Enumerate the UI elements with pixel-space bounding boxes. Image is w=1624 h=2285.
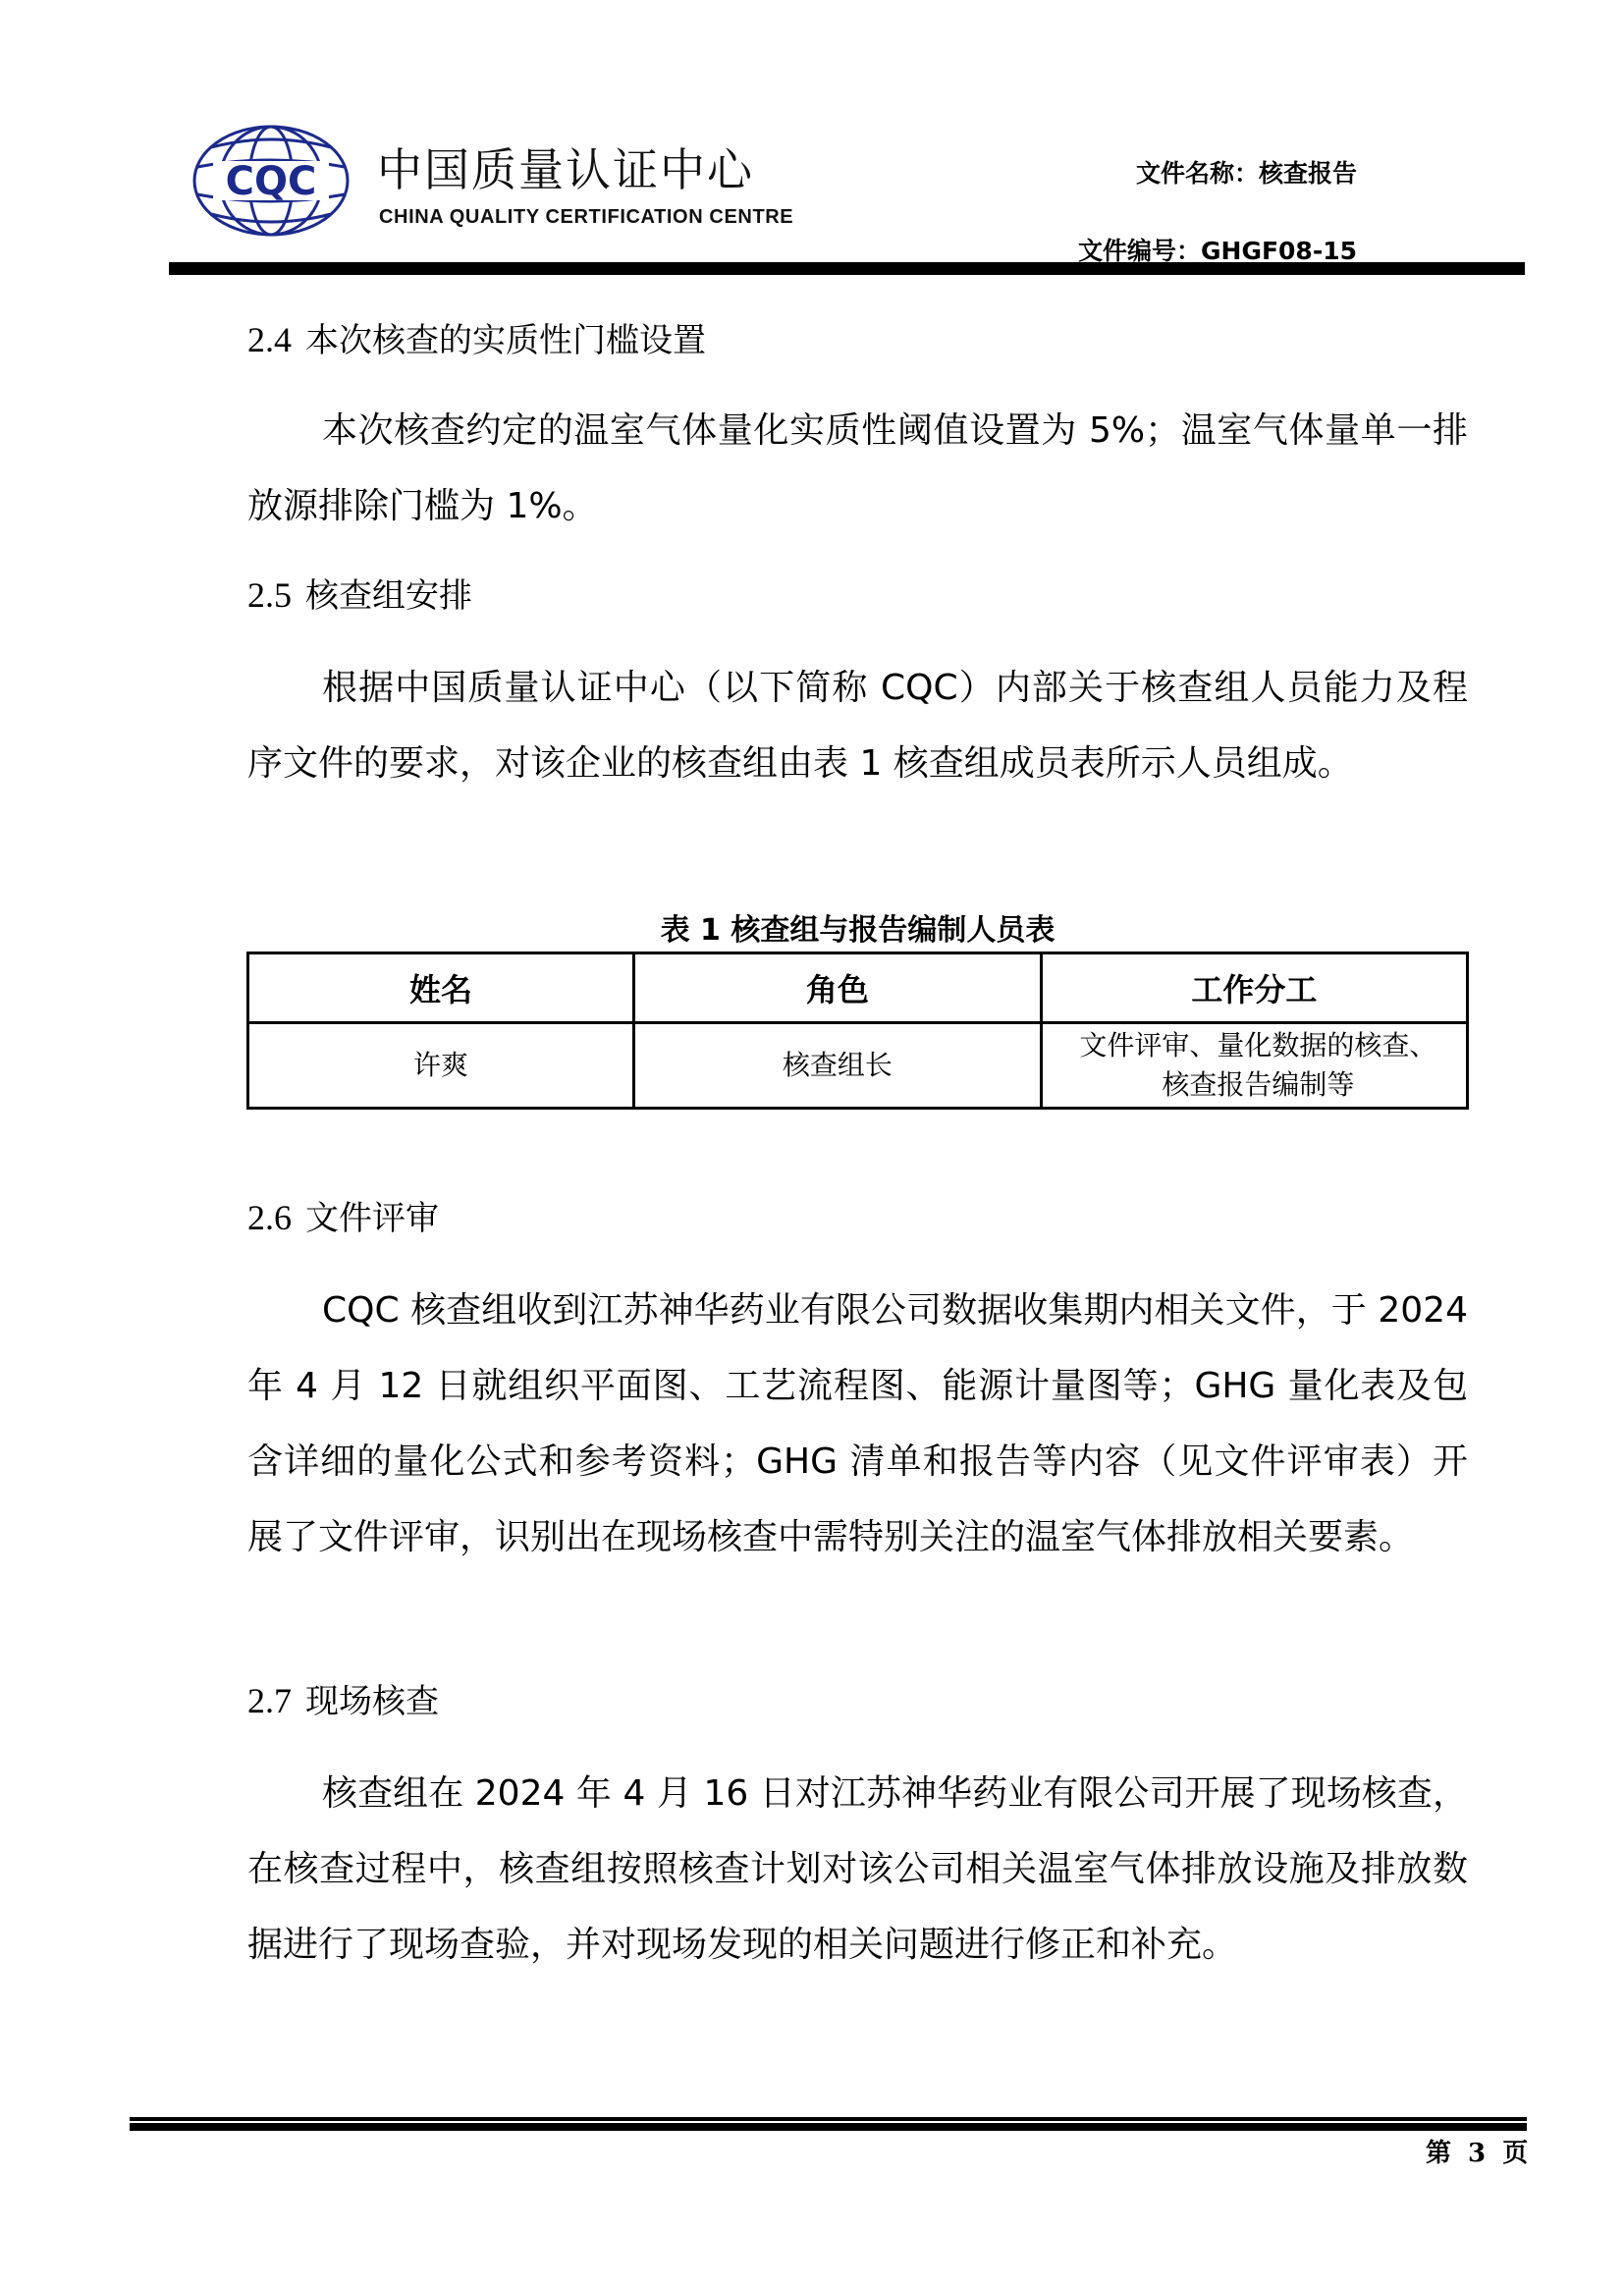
staff-table: 姓名 角色 工作分工 许爽 核查组长 文件评审、量化数据的核查、核查报告编制等 <box>246 952 1469 1110</box>
table-cell: 核查组长 <box>633 1023 1041 1109</box>
section-title: 现场核查 <box>305 1682 439 1721</box>
table-cell: 文件评审、量化数据的核查、核查报告编制等 <box>1041 1023 1467 1109</box>
cqc-logo: CQC <box>191 124 351 238</box>
section-title: 核查组安排 <box>305 576 472 616</box>
section-heading-2-5: 2.5核查组安排 <box>247 577 472 614</box>
footer-rule-thick <box>130 2123 1527 2131</box>
section-number: 2.6 <box>247 1198 292 1237</box>
section-paragraph: CQC 核查组收到江苏神华药业有限公司数据收集期内相关文件，于 2024 年 4… <box>247 1273 1468 1575</box>
table-header-cell: 角色 <box>633 953 1041 1023</box>
table-caption: 表 1 核查组与报告编制人员表 <box>247 905 1468 949</box>
org-name-cn: 中国质量认证中心 <box>377 147 754 192</box>
section-paragraph: 核查组在 2024 年 4 月 16 日对江苏神华药业有限公司开展了现场核查，在… <box>247 1756 1468 1983</box>
section-heading-2-4: 2.4本次核查的实质性门槛设置 <box>247 322 706 358</box>
section-heading-2-6: 2.6文件评审 <box>247 1200 439 1236</box>
section-title: 文件评审 <box>305 1199 439 1238</box>
document-name: 文件名称：核查报告 <box>1136 154 1357 190</box>
section-number: 2.7 <box>247 1681 292 1720</box>
logo-text: CQC <box>226 159 317 204</box>
page-number: 第 3 页 <box>1426 2133 1528 2169</box>
table-cell: 许爽 <box>248 1023 634 1109</box>
table-header-cell: 工作分工 <box>1041 953 1467 1023</box>
globe-icon: CQC <box>191 124 351 238</box>
table-header-row: 姓名 角色 工作分工 <box>248 953 1468 1023</box>
header-rule <box>169 262 1525 275</box>
section-heading-2-7: 2.7现场核查 <box>247 1683 439 1719</box>
section-paragraph: 本次核查约定的温室气体量化实质性阈值设置为 5%；温室气体量单一排放源排除门槛为… <box>247 393 1468 544</box>
table-header-cell: 姓名 <box>248 953 634 1023</box>
org-name-en: CHINA QUALITY CERTIFICATION CENTRE <box>379 206 793 229</box>
footer-rule-thin <box>130 2117 1527 2121</box>
section-number: 2.5 <box>247 575 292 615</box>
table-row: 许爽 核查组长 文件评审、量化数据的核查、核查报告编制等 <box>248 1023 1468 1109</box>
section-number: 2.4 <box>247 320 292 359</box>
section-title: 本次核查的实质性门槛设置 <box>305 321 706 360</box>
section-paragraph: 根据中国质量认证中心（以下简称 CQC）内部关于核查组人员能力及程序文件的要求，… <box>247 650 1468 801</box>
